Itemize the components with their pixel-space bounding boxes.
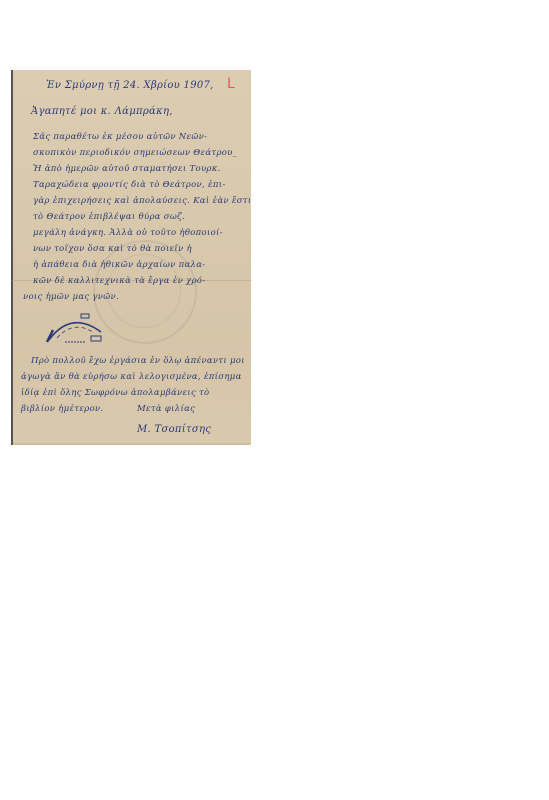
sketch-drawing xyxy=(41,310,116,350)
letter-line: νοις ἡμῶν μας γνῶν. xyxy=(23,292,119,302)
letter-signature: Μ. Τσοπίτσης xyxy=(137,424,211,435)
letter-closing: Μετὰ φιλίας xyxy=(137,404,195,414)
page: L Ἐν Σμύρνῃ τῇ 24. Χβρίου 1907, Ἀγαπητέ … xyxy=(0,0,549,800)
letter-line: νων τοῖχον ὅσα καὶ τὸ θὰ ποιεῖν ἡ xyxy=(33,244,192,254)
letter-line: κῶν δὲ καλλιτεχνικὰ τὰ ἔργα ἐν χρό- xyxy=(33,276,205,286)
letter-date-line: Ἐν Σμύρνῃ τῇ 24. Χβρίου 1907, xyxy=(46,80,214,91)
letter-line: ἀγωγὰ ἂν θὰ εὑρήσω καὶ λελογισμένα, ἐπίσ… xyxy=(21,372,242,382)
letter-line: μεγάλη ἀνάγκη. Ἀλλὰ οὐ τοῦτο ἠθοποιοί- xyxy=(33,228,223,238)
letter-line: γὰρ ἐπιχειρήσεις καὶ ἀπολαύσεις. Καὶ ἐὰν… xyxy=(33,196,251,206)
letter-paper: L Ἐν Σμύρνῃ τῇ 24. Χβρίου 1907, Ἀγαπητέ … xyxy=(11,70,251,445)
paper-edge xyxy=(11,70,13,445)
letter-line: Πρὸ πολλοῦ ἔχω ἐργάσια ἐν ὅλῳ ἀπέναντι μ… xyxy=(31,356,245,366)
letter-salutation: Ἀγαπητέ μοι κ. Λάμπράκη, xyxy=(31,106,173,117)
red-annotation-mark: L xyxy=(227,76,235,92)
letter-line: Σᾶς παραθέτω ἐκ μέσου αὐτῶν Νεῶν- xyxy=(33,132,207,142)
letter-line: σκοπικὸν περιοδικόν σημειώσεων Θεάτρου_ xyxy=(33,148,237,158)
letter-line: ἰδίᾳ ἐπὶ ὅλης Σωφρόνω ἀπολαμβάνεις τὸ xyxy=(21,388,209,398)
letter-line: Ἡ ἀπὸ ἡμερῶν αὐτοῦ σταματήσει Τουρκ. xyxy=(33,164,221,174)
letter-line: βιβλίον ἡμέτερον. xyxy=(21,404,103,414)
letter-line: ἡ ἀπάθεια διὰ ἠθικῶν ἀρχαίων παλα- xyxy=(33,260,205,270)
letter-line: τὸ Θεάτρον ἐπιβλέψαι θύρα σωζ. xyxy=(33,212,185,222)
letter-line: Ταραχώδεια φροντίς διὰ τὸ Θεάτρον, ἐπι- xyxy=(33,180,226,190)
